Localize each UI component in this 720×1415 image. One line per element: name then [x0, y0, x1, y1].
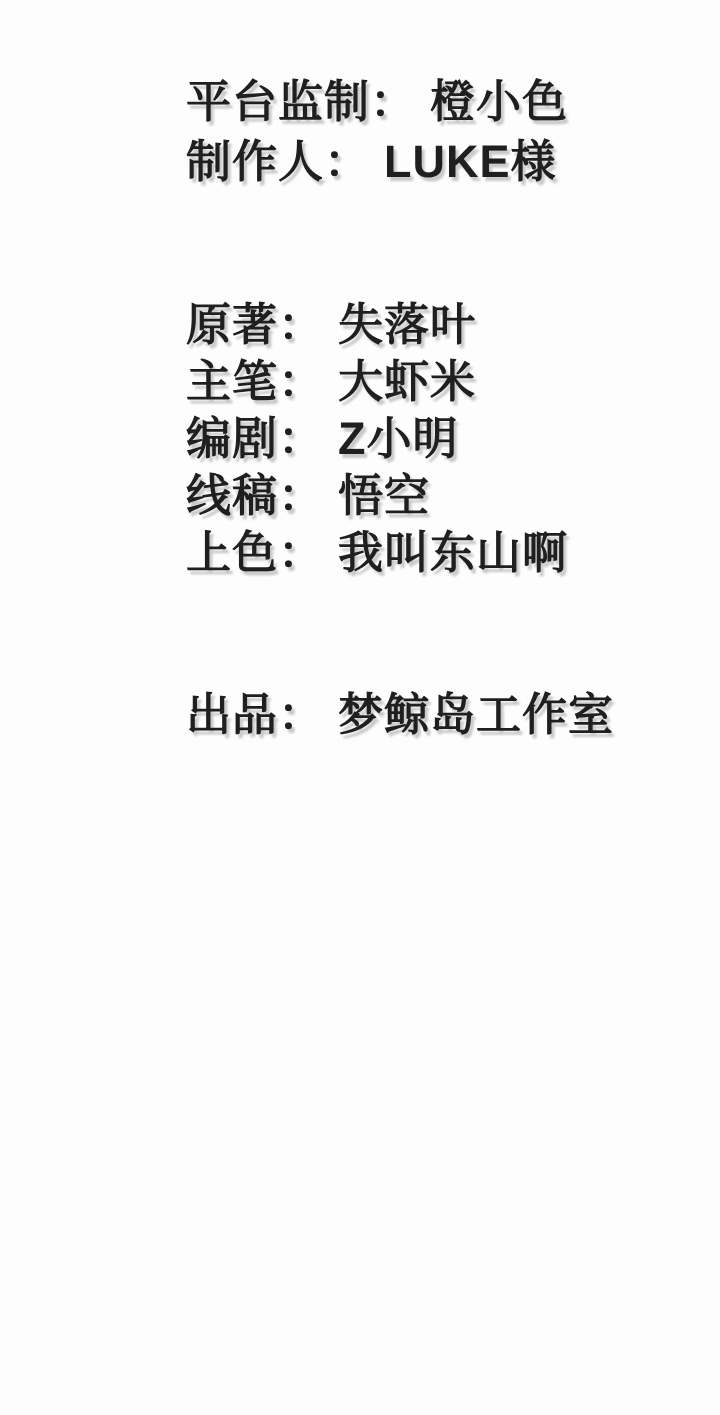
credit-line-line-art: 线稿：悟空: [186, 467, 568, 524]
credits-group-studio: 出品：梦鲸岛工作室: [186, 686, 614, 743]
credit-role: 制作人：: [186, 136, 370, 187]
credit-name: 我叫东山啊: [338, 527, 568, 578]
credit-line-coloring: 上色：我叫东山啊: [186, 524, 568, 581]
credits-page: 平台监制：橙小色 制作人：LUKE様 原著：失落叶 主笔：大虾米 编剧：Z小明 …: [0, 0, 720, 1415]
credit-name: LUKE様: [384, 136, 557, 187]
credit-role: 原著：: [186, 299, 324, 350]
credit-role: 平台监制：: [186, 76, 416, 127]
credit-name: 橙小色: [430, 76, 568, 127]
credit-name: 梦鲸岛工作室: [338, 689, 614, 740]
credit-line-platform-supervisor: 平台监制：橙小色: [186, 72, 568, 132]
credit-role: 线稿：: [186, 470, 324, 521]
credits-group-staff: 原著：失落叶 主笔：大虾米 编剧：Z小明 线稿：悟空 上色：我叫东山啊: [186, 296, 568, 581]
credit-line-producer: 制作人：LUKE様: [186, 132, 568, 192]
credit-role: 上色：: [186, 527, 324, 578]
credit-line-screenwriter: 编剧：Z小明: [186, 410, 568, 467]
credit-name: 悟空: [338, 470, 430, 521]
credit-role: 编剧：: [186, 413, 324, 464]
credit-role: 出品：: [186, 689, 324, 740]
credits-group-production: 平台监制：橙小色 制作人：LUKE様: [186, 72, 568, 192]
credit-role: 主笔：: [186, 356, 324, 407]
credit-line-original-author: 原著：失落叶: [186, 296, 568, 353]
credit-line-lead-artist: 主笔：大虾米: [186, 353, 568, 410]
credit-name: 大虾米: [338, 356, 476, 407]
credit-line-studio: 出品：梦鲸岛工作室: [186, 686, 614, 743]
credit-name: 失落叶: [338, 299, 476, 350]
credit-name: Z小明: [338, 413, 459, 464]
